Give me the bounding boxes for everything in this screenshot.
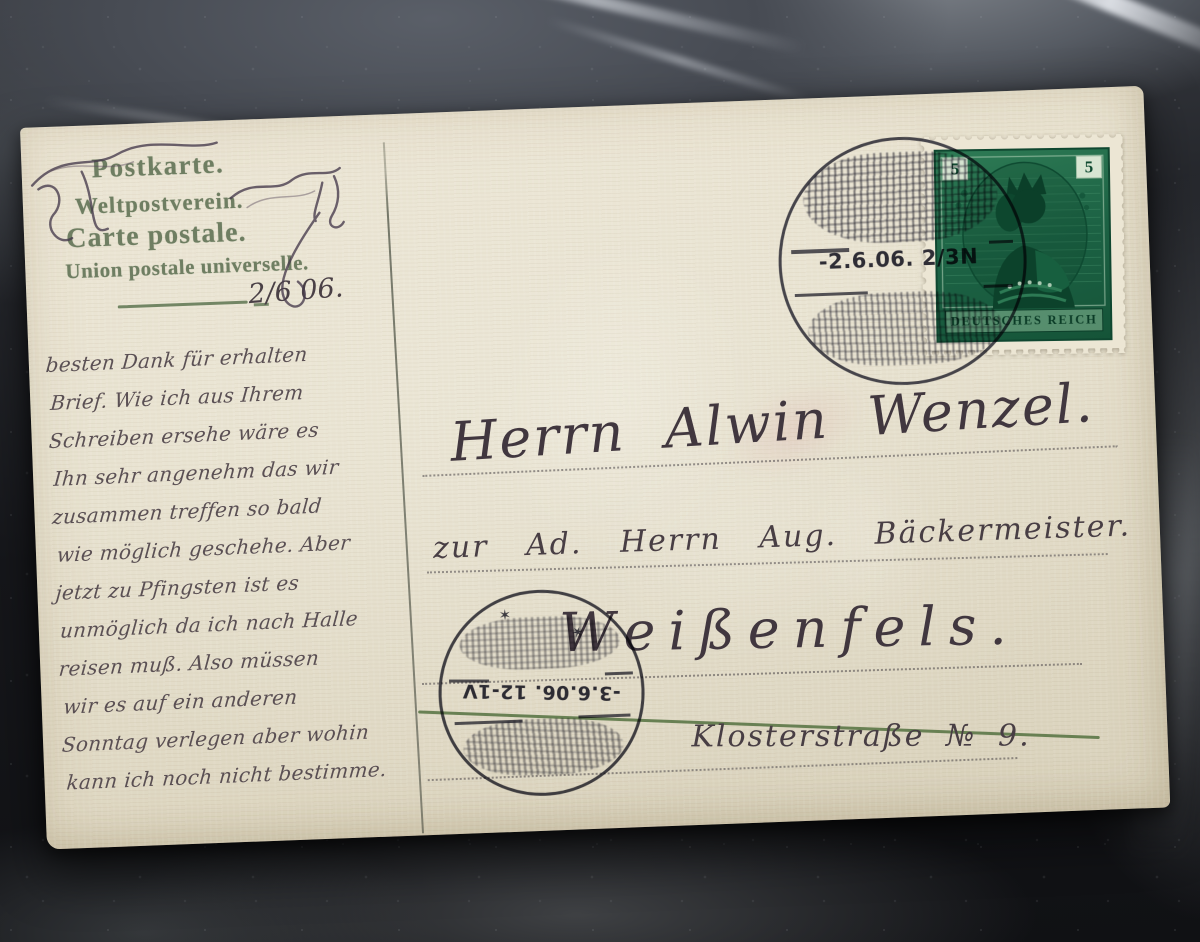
stamp-denomination: 5 — [1076, 155, 1102, 178]
postmark-date: -3.6.06. 12-1V — [441, 679, 641, 704]
postmark-town-smudge — [459, 614, 621, 672]
address-street: Klosterstraße № 9. — [691, 718, 1030, 754]
address-care-of: zur Ad. Herrn Aug. Bäckermeister. — [433, 508, 1132, 566]
handwritten-date: 2/6 06. — [247, 272, 344, 310]
postmark-town-smudge — [807, 289, 1003, 369]
postmark-town-smudge — [463, 716, 625, 778]
message-text: besten Dank für erhalten Brief. Wie ich … — [45, 331, 420, 802]
postmark-bar — [983, 283, 1012, 287]
header-underline — [118, 301, 248, 309]
address-recipient: Herrn Alwin Wenzel. — [448, 371, 1096, 474]
header-line-postkarte: Postkarte. — [91, 143, 306, 185]
postmark-date: -2.6.06. 2/3N — [781, 242, 1024, 275]
postmark-bar — [605, 671, 633, 675]
postcard: Postkarte. Weltpostverein. Carte postale… — [20, 86, 1170, 850]
postmark-bar — [578, 714, 630, 719]
postmark-town-smudge — [802, 149, 999, 246]
postcard-printed-header: Postkarte. Weltpostverein. Carte postale… — [61, 143, 309, 286]
